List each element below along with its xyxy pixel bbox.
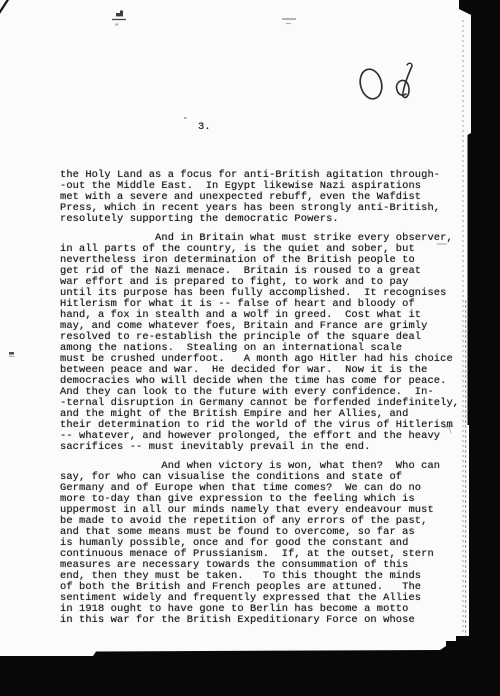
paragraph: the Holy Land as a focus for anti-Britis… — [60, 170, 470, 225]
speck-mark — [184, 117, 186, 119]
scanned-document-page: 3. the Holy Land as a focus for anti-Bri… — [0, 0, 500, 696]
left-margin-mark — [9, 352, 15, 356]
text-line: resolutely supporting the democratic Pow… — [60, 214, 470, 225]
text-line: sacrifices -- must inevitably prevail in… — [60, 442, 470, 453]
corner-crease-mark — [0, 0, 9, 15]
handwritten-initials — [350, 53, 432, 114]
smudge-mark — [282, 19, 296, 24]
text-line: in this war for the British Expeditionar… — [60, 615, 470, 626]
stamp-mark — [112, 11, 126, 26]
handwriting-icon — [350, 53, 432, 109]
page-number: 3. — [198, 122, 211, 133]
document-text: the Holy Land as a focus for anti-Britis… — [60, 170, 470, 634]
paragraph: And in Britain what must strike every ob… — [60, 233, 470, 453]
paragraph: And when victory is won, what then? Who … — [60, 461, 470, 626]
